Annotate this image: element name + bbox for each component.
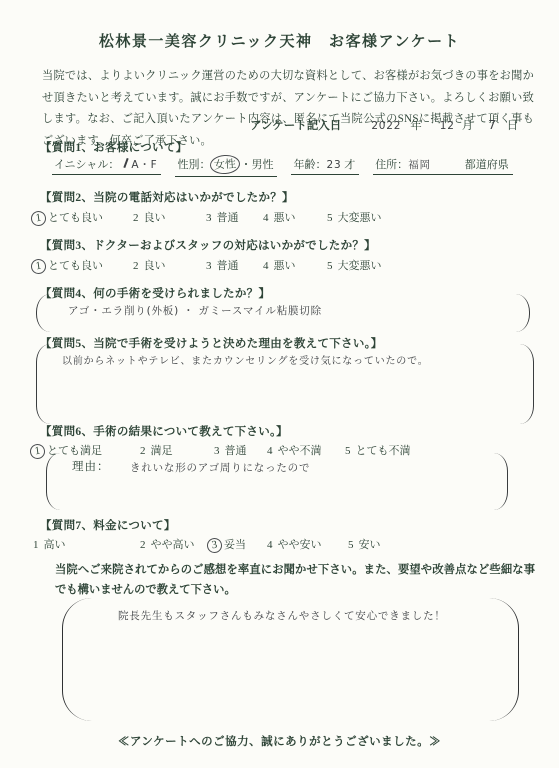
age-value: 23 <box>326 159 341 171</box>
q6-reason-area: 理由： きれいな形のアゴ周りになったので <box>46 453 508 510</box>
option-label: 普通 <box>217 260 239 272</box>
address-label: 住所： <box>375 159 408 171</box>
q6-reason-label: 理由： <box>72 458 110 474</box>
date-month-suffix: 月 <box>462 117 474 133</box>
q6-selected-circle: 1 <box>29 443 46 460</box>
q3-option-5: 5大変悪い <box>327 257 382 273</box>
option-label: 普通 <box>217 212 239 224</box>
option-label: やや安い <box>278 539 322 551</box>
q3-options: 1とても良い 2良い 3普通 4悪い 5大変悪い <box>0 257 559 275</box>
option-label: とても良い <box>48 260 103 272</box>
close-paren-icon <box>517 344 534 424</box>
gender-dot: ・ <box>240 159 251 171</box>
q2-options: 1とても良い 2良い 3普通 4悪い 5大変悪い <box>0 209 559 227</box>
age-suffix: 才 <box>344 159 355 171</box>
q3-option-2: 2良い <box>133 257 166 273</box>
q2-option-4: 4悪い <box>263 209 296 225</box>
option-label: 悪い <box>274 260 296 272</box>
option-label: 安い <box>359 539 381 551</box>
initial-label: イニシャル： <box>54 159 119 171</box>
option-label: 良い <box>144 260 166 272</box>
q4-answer-area: アゴ・エラ削り(外板) ・ ガミースマイル粘膜切除 <box>36 294 530 332</box>
gender-field: 性別：女性・男性 <box>175 155 277 177</box>
q7-option-4: 4やや安い <box>267 536 322 552</box>
open-paren-icon <box>36 344 53 424</box>
q3-selected-circle: 1 <box>30 258 47 275</box>
q7-option-2: 2やや高い <box>140 536 195 552</box>
open-paren-icon <box>46 453 63 510</box>
q2-option-2: 2良い <box>133 209 166 225</box>
age-label: 年齢： <box>293 159 326 171</box>
feedback-box: 院長先生もスタッフさんもみなさんやさしくて安心できました！ <box>62 598 519 721</box>
q5-answer-area: 以前からネットやテレビ、またカウンセリングを受け気になっていたので。 <box>36 344 534 424</box>
q2-selected-circle: 1 <box>30 210 47 227</box>
q7-option-1: 1高い <box>33 536 66 552</box>
q3-option-4: 4悪い <box>263 257 296 273</box>
q6-reason-value: きれいな形のアゴ周りになったので <box>130 460 310 475</box>
q2-option-5: 5大変悪い <box>327 209 382 225</box>
date-label: アンケート記入日 <box>250 117 341 133</box>
date-day-suffix: 日 <box>507 117 519 133</box>
q3-option-1: 1とても良い <box>34 257 103 274</box>
option-label: 悪い <box>274 212 296 224</box>
open-paren-icon <box>36 294 53 332</box>
date-row: アンケート記入日 2022 年 12 月 7 日 <box>250 117 518 133</box>
q7-heading: 【質問7、料金について】 <box>40 517 176 533</box>
q7-options: 1高い 2やや高い 3妥当 4やや安い 5安い <box>0 536 559 554</box>
q2-option-1: 1とても良い <box>34 209 103 226</box>
close-paren-icon <box>513 294 530 332</box>
gender-label: 性別： <box>177 159 210 171</box>
gender-male: 男性 <box>251 159 273 171</box>
q2-heading: 【質問2、当院の電話対応はいかがでしたか？】 <box>40 189 294 205</box>
option-label: 妥当 <box>224 539 246 551</box>
gender-female: 女性 <box>214 158 237 172</box>
date-year-value: 2022 <box>371 120 401 132</box>
survey-sheet: 松林景一美容クリニック天神 お客様アンケート 当院では、よりよいクリニック運営の… <box>0 0 559 768</box>
date-year-suffix: 年 <box>410 117 422 133</box>
q2-option-3: 3普通 <box>206 209 239 225</box>
q7-selected-circle: 3 <box>206 537 223 554</box>
initial-field: イニシャル：A・F <box>52 156 161 175</box>
q7-option-5: 5安い <box>348 536 381 552</box>
option-label: 良い <box>144 212 166 224</box>
date-day-value: 7 <box>488 118 496 132</box>
q6-heading: 【質問6、手術の結果について教えて下さい。】 <box>40 423 288 439</box>
option-label: 大変悪い <box>338 212 382 224</box>
option-label: 高い <box>44 539 66 551</box>
date-month-value: 12 <box>440 120 455 132</box>
gender-selected-circle: 女性 <box>210 154 241 175</box>
page-title: 松林景一美容クリニック天神 お客様アンケート <box>0 30 559 51</box>
option-label: とても良い <box>48 212 103 224</box>
q5-answer: 以前からネットやテレビ、またカウンセリングを受け気になっていたので。 <box>62 352 429 367</box>
initial-value: A・F <box>131 159 157 171</box>
address-value: 福岡 <box>408 159 431 171</box>
q4-answer: アゴ・エラ削り(外板) ・ ガミースマイル粘膜切除 <box>68 303 322 318</box>
feedback-answer: 院長先生もスタッフさんもみなさんやさしくて安心できました！ <box>118 608 446 623</box>
option-label: やや高い <box>151 539 195 551</box>
q1-fields: イニシャル：A・F 性別：女性・男性 年齢：23 才 住所：福岡都道府県 <box>52 155 513 177</box>
q1-heading: 【質問1、お客様について】 <box>40 139 187 155</box>
option-label: 大変悪い <box>338 260 382 272</box>
ink-mark <box>124 158 129 168</box>
q3-option-3: 3普通 <box>206 257 239 273</box>
footer-text: ≪アンケートへのご協力、誠にありがとうございました。≫ <box>0 733 559 749</box>
q7-option-3: 3妥当 <box>210 536 246 553</box>
address-suffix: 都道府県 <box>465 159 509 171</box>
address-field: 住所：福岡都道府県 <box>373 156 513 175</box>
close-paren-icon <box>491 453 508 510</box>
feedback-request: 当院へご来院されてからのご感想を率直にお聞かせ下さい。また、要望や改善点など些細… <box>55 561 535 600</box>
q3-heading: 【質問3、ドクターおよびスタッフの対応はいかがでしたか？】 <box>40 237 376 253</box>
age-field: 年齢：23 才 <box>291 156 359 175</box>
